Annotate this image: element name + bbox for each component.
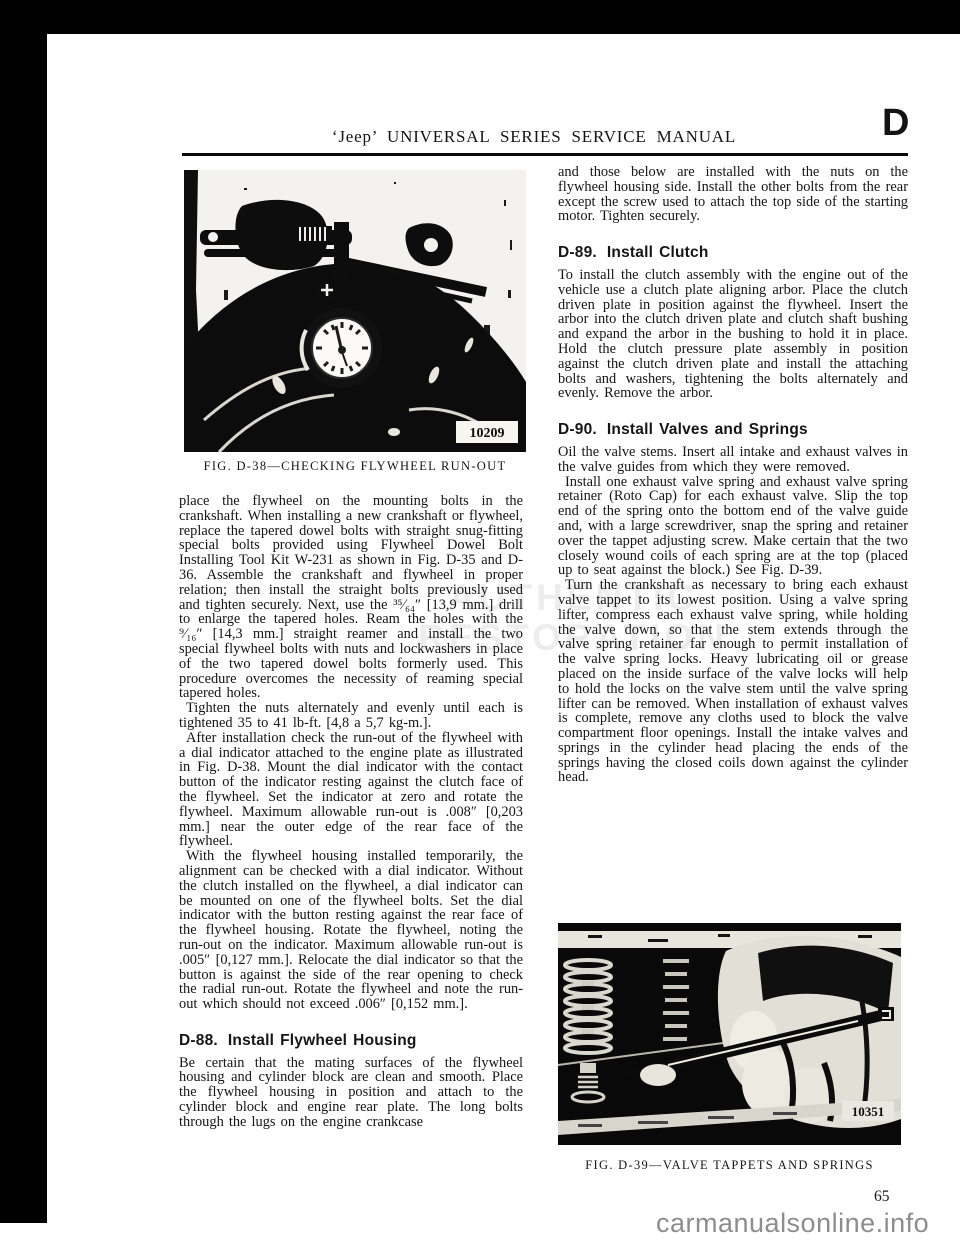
paragraph: place the flywheel on the mounting bolts… [179,494,523,701]
page-title: ‘Jeep’ UNIVERSAL SERIES SERVICE MANUAL [184,127,884,147]
section-heading-d88: D-88. Install Flywheel Housing [179,1034,523,1049]
scan-left-black-band [0,0,47,1223]
photo-id: 10209 [470,426,505,441]
section-letter: D [882,104,909,142]
site-watermark: carmanualsonline.info [656,1208,929,1239]
section-number: D-90. [558,423,597,438]
section-number: D-89. [558,246,597,261]
fig-d39-photo: 10351 [558,923,901,1145]
fig-d39-caption: FIG. D-39—VALVE TAPPETS AND SPRINGS [558,1158,901,1173]
scan-top-black-band [0,0,960,34]
section-heading-d89: D-89. Install Clutch [558,246,908,261]
paragraph: Oil the valve stems. Insert all intake a… [558,445,908,475]
paragraph: Be certain that the mating surfaces of t… [179,1056,523,1130]
fig-d38-photo: 10209 [184,170,526,452]
section-heading-d90: D-90. Install Valves and Springs [558,423,908,438]
paragraph: After installation check the run-out of … [179,731,523,849]
section-title: Install Valves and Springs [607,423,808,438]
paragraph: With the flywheel housing installed temp… [179,849,523,1012]
paragraph: Install one exhaust valve spring and exh… [558,475,908,579]
photo-id-label: 10209 [456,421,518,443]
page-number: 65 [874,1188,890,1206]
header-rule [182,153,908,156]
left-column: place the flywheel on the mounting bolts… [179,494,523,1130]
manual-page: AUTHENTIC RESTORATION ‘Jeep’ UNIVERSAL S… [0,0,960,1242]
right-column: and those below are installed with the n… [558,165,908,785]
section-title: Install Clutch [607,246,709,261]
paragraph: To install the clutch assembly with the … [558,268,908,401]
paragraph: Tighten the nuts alternately and evenly … [179,701,523,731]
section-title: Install Flywheel Housing [228,1034,417,1049]
fig-d38-caption: FIG. D-38—CHECKING FLYWHEEL RUN-OUT [184,459,526,474]
paragraph: Turn the crankshaft as necessary to brin… [558,578,908,785]
photo-id-label: 10351 [842,1101,894,1121]
paragraph: and those below are installed with the n… [558,165,908,224]
section-number: D-88. [179,1034,218,1049]
photo-id: 10351 [852,1104,885,1119]
cloth [640,1064,676,1086]
